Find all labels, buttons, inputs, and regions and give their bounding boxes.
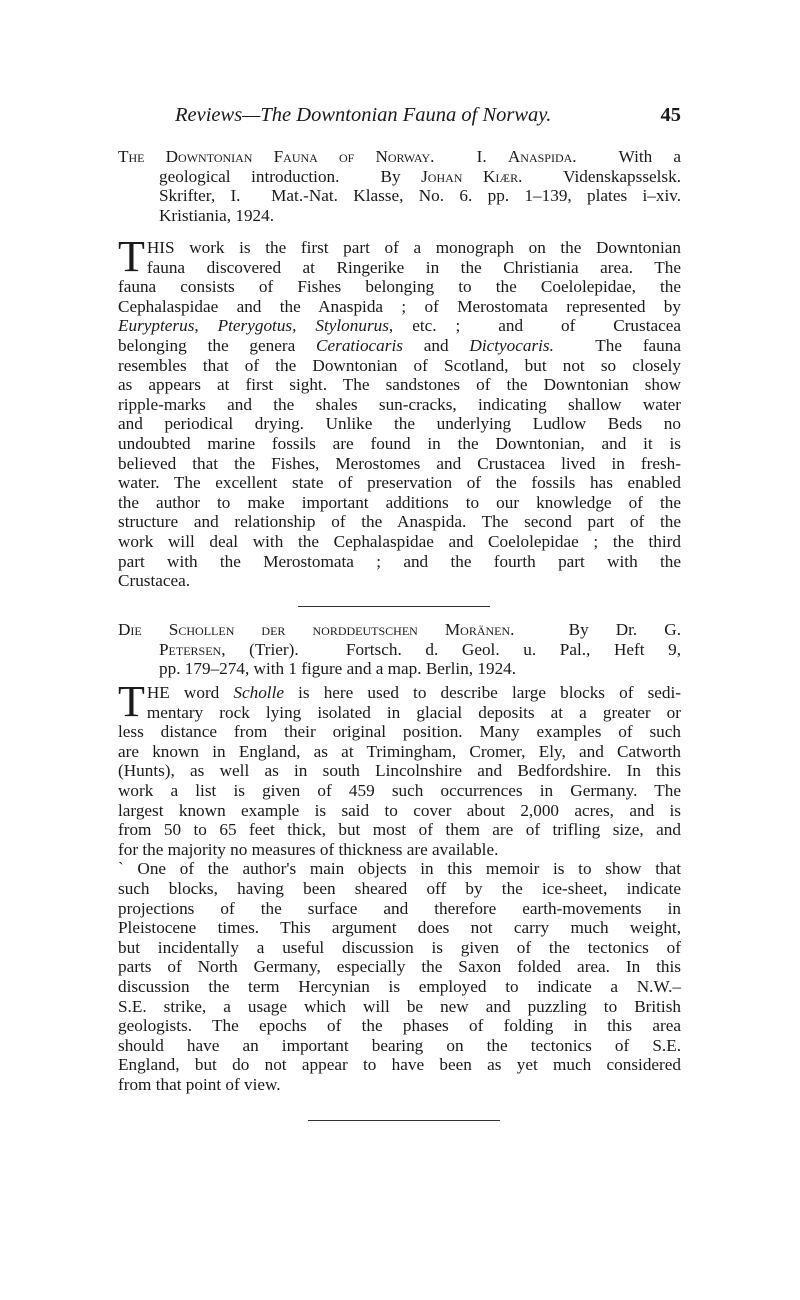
body-line: but incidentally a useful discussion is … — [118, 938, 681, 958]
review-1-heading-line: Kristiania, 1924. — [118, 206, 681, 226]
body-line: S.E. strike, a usage which will be new a… — [118, 997, 681, 1017]
body-line: HIS work is the first part of a monograp… — [118, 238, 681, 258]
body-line: the author to make important additions t… — [118, 493, 681, 513]
body-line: from 50 to 65 feet thick, but most of th… — [118, 820, 681, 840]
body-line: part with the Merostomata ; and the four… — [118, 552, 681, 572]
body-line: work will deal with the Cephalaspidae an… — [118, 532, 681, 552]
body-line: Pleistocene times. This argument does no… — [118, 918, 681, 938]
body-line: from that point of view. — [118, 1075, 681, 1095]
review-1-heading-line: The Downtonian Fauna of Norway. I. Anasp… — [118, 147, 681, 167]
body-line: fauna discovered at Ringerike in the Chr… — [118, 258, 681, 278]
body-line: Eurypterus, Pterygotus, Stylonurus, etc.… — [118, 316, 681, 336]
body-line: discussion the term Hercynian is employe… — [118, 977, 681, 997]
body-line: believed that the Fishes, Merostomes and… — [118, 454, 681, 474]
body-line: for the majority no measures of thicknes… — [118, 840, 681, 860]
review-2-heading-line: pp. 179–274, with 1 figure and a map. Be… — [118, 659, 681, 679]
body-line: projections of the surface and therefore… — [118, 899, 681, 919]
review-2-heading: Die Schollen der norddeutschen Moränen. … — [118, 620, 681, 679]
body-line: fauna consists of Fishes belonging to th… — [118, 277, 681, 297]
body-line: Crustacea. — [118, 571, 681, 591]
body-line: Cephalaspidae and the Anaspida ; of Mero… — [118, 297, 681, 317]
review-2-body: T HE word Scholle is here used to descri… — [118, 683, 681, 1094]
body-line: resembles that of the Downtonian of Scot… — [118, 356, 681, 376]
drop-cap: T — [118, 239, 145, 275]
body-line: less distance from their original positi… — [118, 722, 681, 742]
review-1-heading-line: Skrifter, I. Mat.-Nat. Klasse, No. 6. pp… — [118, 186, 681, 206]
review-2-heading-line: Petersen, (Trier). Fortsch. d. Geol. u. … — [118, 640, 681, 660]
body-line: ` One of the author's main objects in th… — [118, 859, 681, 879]
running-head: Reviews—The Downtonian Fauna of Norway. … — [118, 104, 681, 128]
body-line: (Hunts), as well as in south Lincolnshir… — [118, 761, 681, 781]
body-line: mentary rock lying isolated in glacial d… — [118, 703, 681, 723]
body-line: belonging the genera Ceratiocaris and Di… — [118, 336, 681, 356]
body-line: ripple-marks and the shales sun-cracks, … — [118, 395, 681, 415]
body-line: structure and relationship of the Anaspi… — [118, 512, 681, 532]
section-divider — [298, 606, 490, 607]
body-line: and periodical drying. Unlike the underl… — [118, 414, 681, 434]
running-head-title: Reviews—The Downtonian Fauna of Norway. — [175, 104, 551, 127]
drop-cap: T — [118, 684, 145, 720]
section-divider — [308, 1120, 500, 1121]
body-line: work a list is given of 459 such occurre… — [118, 781, 681, 801]
review-1-heading-line: geological introduction. By Johan Kiær. … — [118, 167, 681, 187]
body-line: undoubted marine fossils are found in th… — [118, 434, 681, 454]
page-number: 45 — [661, 104, 682, 127]
body-line: largest known example is said to cover a… — [118, 801, 681, 821]
body-line: water. The excellent state of preservati… — [118, 473, 681, 493]
body-line: parts of North Germany, especially the S… — [118, 957, 681, 977]
body-line: such blocks, having been sheared off by … — [118, 879, 681, 899]
review-1-body: T HIS work is the first part of a monogr… — [118, 238, 681, 591]
body-line: geologists. The epochs of the phases of … — [118, 1016, 681, 1036]
review-2-heading-line: Die Schollen der norddeutschen Moränen. … — [118, 620, 681, 640]
body-line: as appears at first sight. The sandstone… — [118, 375, 681, 395]
body-line: England, but do not appear to have been … — [118, 1055, 681, 1075]
review-1-heading: The Downtonian Fauna of Norway. I. Anasp… — [118, 147, 681, 225]
body-line: are known in England, as at Trimingham, … — [118, 742, 681, 762]
body-line: should have an important bearing on the … — [118, 1036, 681, 1056]
body-line: HE word Scholle is here used to describe… — [118, 683, 681, 703]
